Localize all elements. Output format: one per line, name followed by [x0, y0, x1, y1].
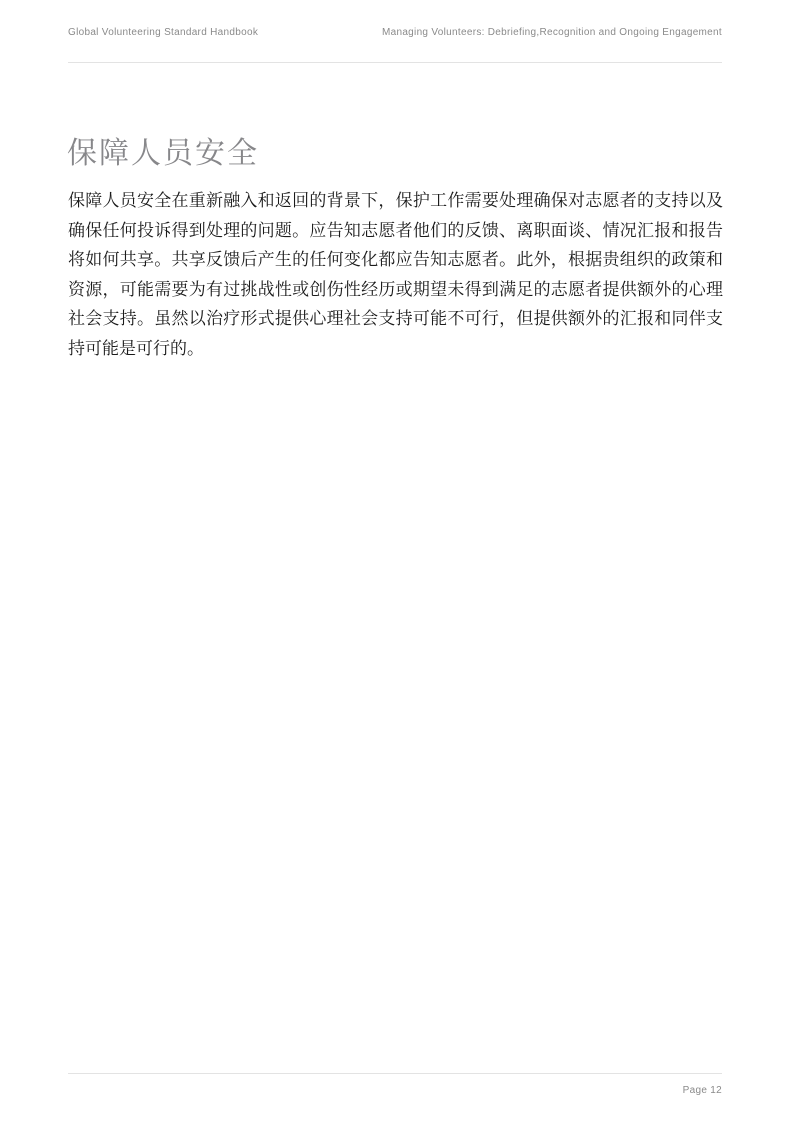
- footer-divider: [68, 1073, 722, 1074]
- page-title: 保障人员安全: [67, 137, 259, 171]
- header-divider: [68, 62, 722, 63]
- page-number: Page 12: [683, 1085, 722, 1096]
- header-book-title: Global Volunteering Standard Handbook: [68, 27, 258, 38]
- header-chapter-title: Managing Volunteers: Debriefing,Recognit…: [382, 27, 722, 38]
- body-paragraph: 保障人员安全在重新融入和返回的背景下，保护工作需要处理确保对志愿者的支持以及确保…: [68, 186, 723, 363]
- document-page: Global Volunteering Standard Handbook Ma…: [0, 0, 793, 1122]
